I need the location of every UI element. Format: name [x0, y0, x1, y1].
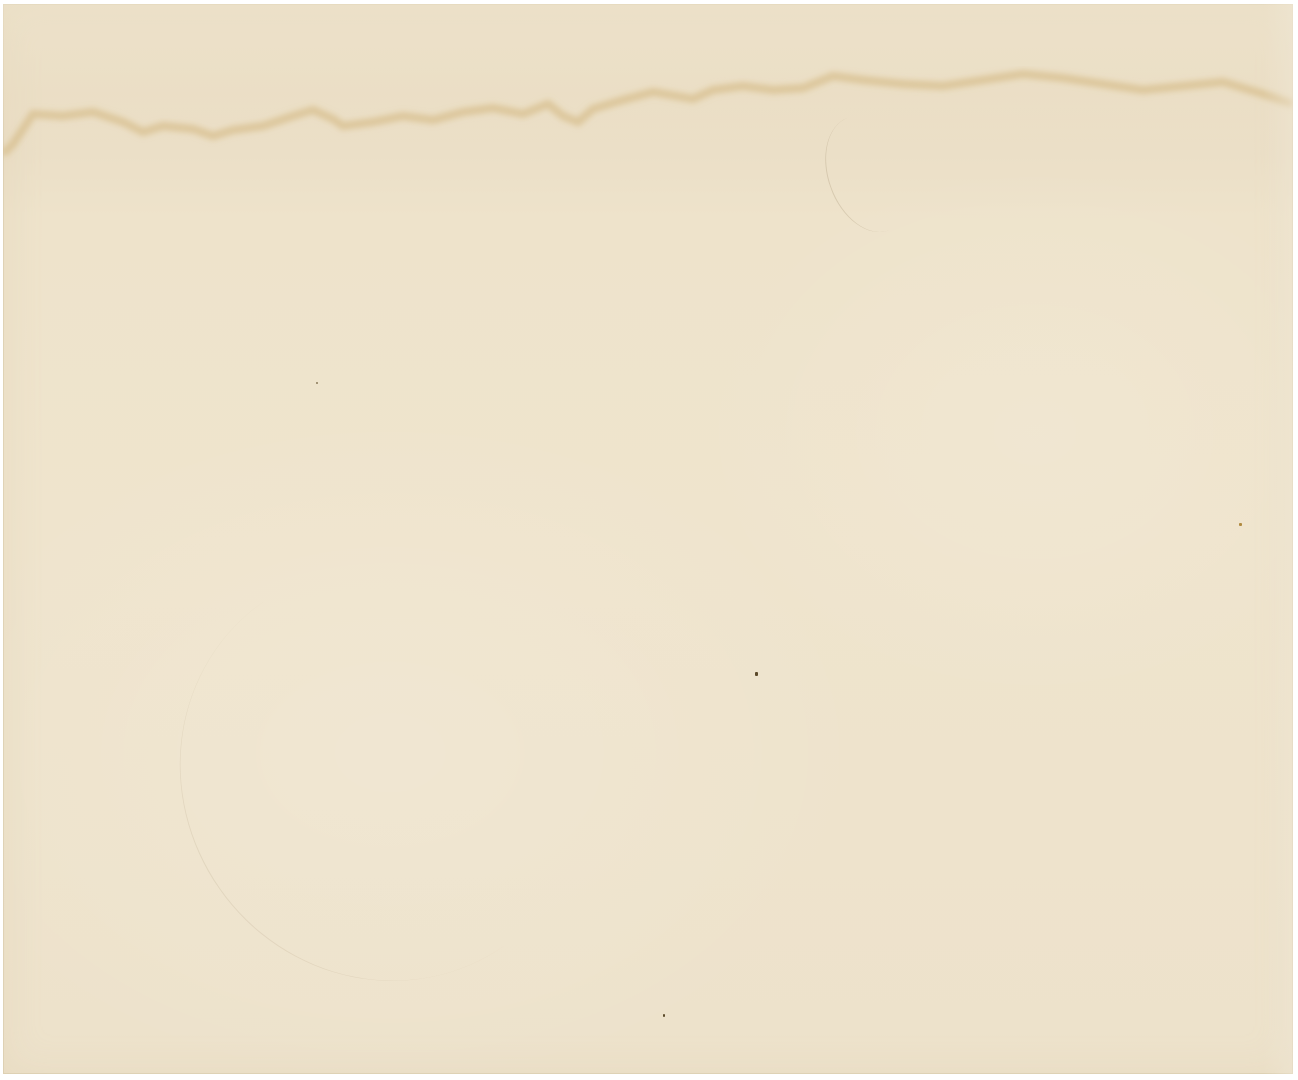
paper-fiber [99, 487, 668, 1061]
speck [755, 672, 758, 676]
speck [663, 1014, 665, 1017]
water-stain-edge [3, 4, 1293, 164]
image-canvas [0, 0, 1298, 1080]
speck [316, 382, 318, 384]
paper-right-edge [1263, 4, 1293, 1074]
paper-sheet [3, 4, 1293, 1074]
speck [1239, 523, 1242, 526]
